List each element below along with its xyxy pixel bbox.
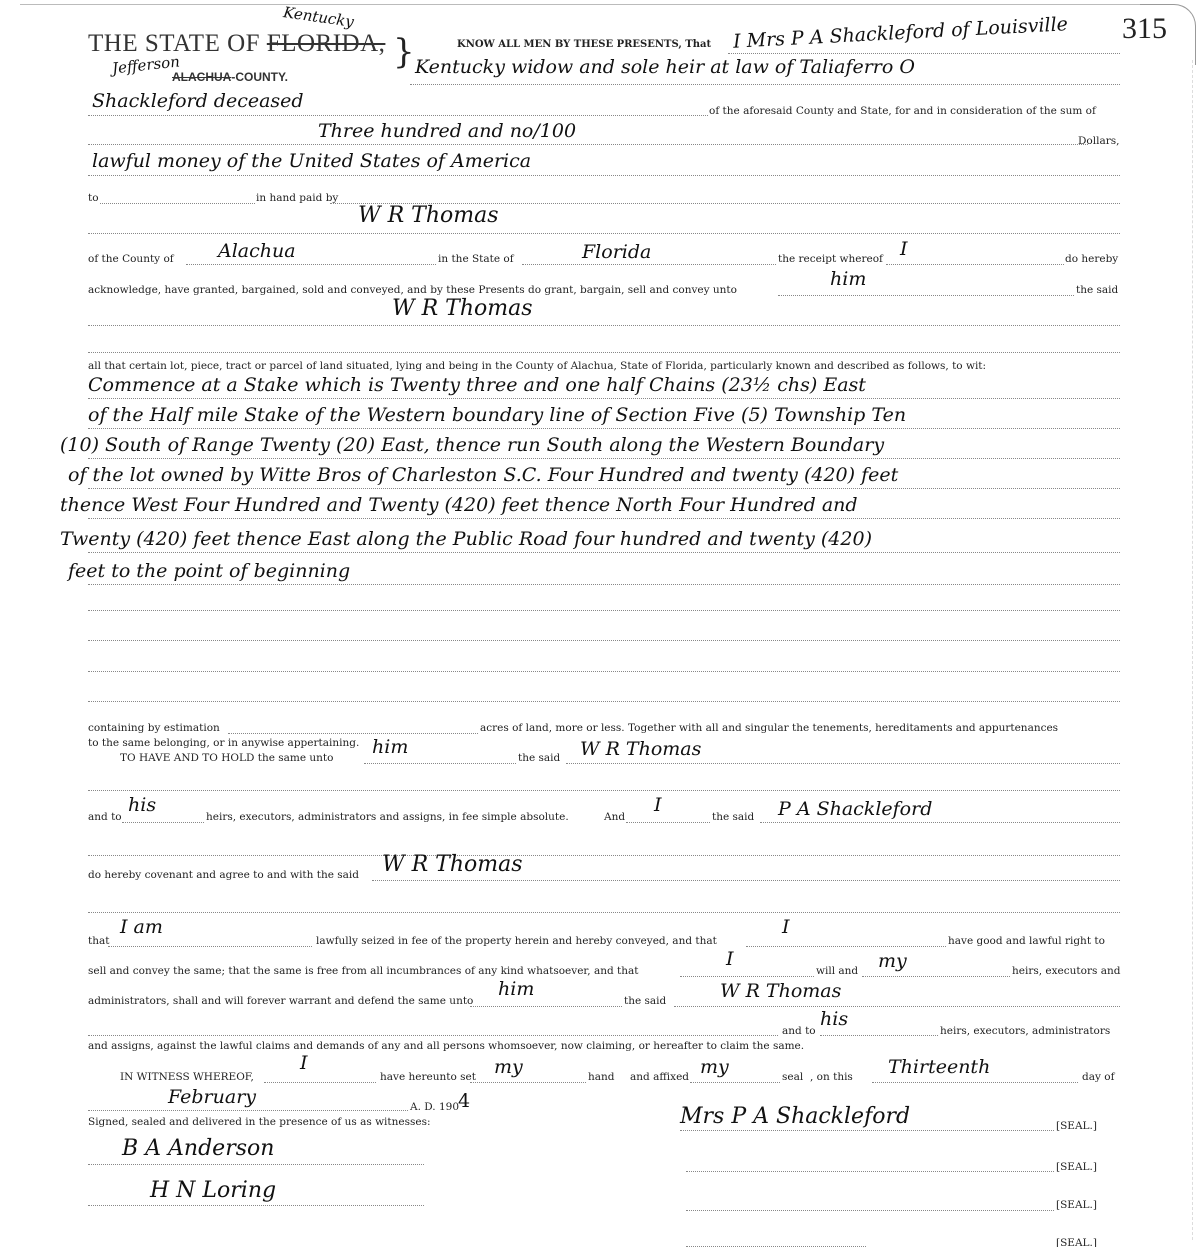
county-printed: ALACHUA (172, 70, 231, 84)
amount-line (88, 144, 1088, 145)
and-line (626, 822, 710, 823)
containing-text: containing by estimation (88, 723, 220, 734)
covenant-text: do hereby covenant and agree to and with… (88, 870, 359, 881)
blank-line-2 (88, 790, 1120, 791)
heirs-exec-text: heirs, executors and (1012, 966, 1120, 977)
on-this-text: , on this (810, 1072, 853, 1083)
assigns-text: and assigns, against the lawful claims a… (88, 1041, 804, 1052)
witness-line-2 (88, 1205, 424, 1206)
right-edge (1192, 60, 1193, 1240)
iw-hw: I (300, 1054, 308, 1073)
desc-line-6 (88, 552, 1120, 553)
admin-line (470, 1006, 622, 1007)
desc-hw-6: Twenty (420) feet thence East along the … (60, 530, 872, 549)
deed-page: 315 THE STATE OF FLORIDA, Kentucky ALACH… (0, 0, 1200, 1247)
desc-line-3 (88, 458, 1120, 459)
desc-line-7 (88, 584, 1120, 585)
said-hw: W R Thomas (580, 740, 701, 759)
his-line (122, 822, 204, 823)
heirs-text: heirs, executors, administrators and ass… (206, 812, 569, 823)
desc-line-8 (88, 610, 1120, 611)
signature-hw: Mrs P A Shackleford (680, 1106, 910, 1128)
in-state-text: in the State of (438, 254, 514, 265)
sell-line (680, 976, 814, 977)
grantor-said-hw: P A Shackleford (778, 800, 932, 819)
year-hw: 4 (458, 1092, 470, 1111)
iw-line (264, 1082, 376, 1083)
desc-hw-4: of the lot owned by Witte Bros of Charle… (68, 466, 898, 485)
desc-line-5 (88, 518, 1120, 519)
will-and-text: will and (816, 966, 858, 977)
state-title: THE STATE OF FLORIDA, (88, 30, 385, 58)
grantor-hw-3: Shackleford deceased (92, 92, 304, 111)
payer-hw: W R Thomas (358, 205, 499, 227)
affixed-text: and affixed (630, 1072, 689, 1083)
his-hw: his (128, 796, 156, 815)
to-text: to (88, 193, 99, 204)
seal-line (690, 1082, 780, 1083)
desc-line-10 (88, 671, 1120, 672)
receipt-hw: I (900, 240, 908, 259)
to-line (100, 203, 255, 204)
do-hereby-text: do hereby (1065, 254, 1118, 265)
acres-text: acres of land, more or less. Together wi… (480, 723, 1058, 734)
desc-hw-2: of the Half mile Stake of the Western bo… (88, 406, 906, 425)
seized-hw: I (782, 918, 790, 937)
seized-line (746, 946, 946, 947)
state-printed: FLORIDA, (267, 30, 386, 57)
the-said-text: the said (1076, 285, 1118, 296)
state-hw: Florida (582, 243, 651, 262)
witness-hw-1: B A Anderson (122, 1138, 274, 1160)
blank-line-4 (88, 912, 1120, 913)
money-hw: lawful money of the United States of Ame… (92, 152, 531, 171)
desc-hw-7: feet to the point of beginning (68, 562, 350, 581)
county-line (186, 264, 436, 265)
acres-line (228, 733, 478, 734)
hand-text: hand (588, 1072, 615, 1083)
blank-line (88, 352, 1120, 353)
signed-text: Signed, sealed and delivered in the pres… (88, 1117, 431, 1128)
the-said-text-4: the said (624, 996, 666, 1007)
know-all-text: KNOW ALL MEN BY THESE PRESENTS, That (457, 40, 711, 50)
grantor-line-3 (88, 115, 708, 116)
seized-text: lawfully seized in fee of the property h… (316, 936, 717, 947)
month-hw: February (168, 1088, 256, 1107)
desc-hw-1: Commence at a Stake which is Twenty thre… (88, 376, 866, 395)
that-line (108, 946, 312, 947)
warranty-said-line (674, 1006, 1120, 1007)
covenant-hw: W R Thomas (382, 854, 523, 876)
that-text: that (88, 936, 109, 947)
grantor-hw-2: Kentucky widow and sole heir at law of T… (415, 58, 915, 77)
state-handwritten: Kentucky (282, 5, 354, 30)
grantee-line (88, 325, 1120, 326)
seal-label-3: [SEAL.] (1056, 1200, 1097, 1211)
good-right-text: have good and lawful right to (948, 936, 1105, 947)
to-have-hw: him (372, 738, 408, 757)
day-line (872, 1082, 1078, 1083)
money-line (88, 175, 1120, 176)
page-number: 315 (1122, 12, 1167, 46)
unto-line (778, 295, 1074, 296)
hand-line (470, 1082, 586, 1083)
receipt-line (886, 264, 1064, 265)
desc-line-1 (88, 398, 1120, 399)
blank-line-5 (88, 1035, 778, 1036)
state-line (522, 264, 776, 265)
acknowledge-text: acknowledge, have granted, bargained, so… (88, 285, 737, 296)
desc-hw-5: thence West Four Hundred and Twenty (420… (60, 496, 858, 515)
to-have-line (364, 763, 516, 764)
desc-line-4 (88, 488, 1120, 489)
county-handwritten: Jefferson (111, 54, 180, 76)
will-hw: my (878, 952, 907, 971)
amount-hw: Three hundred and no/100 (318, 122, 576, 141)
payer-line (88, 233, 1120, 234)
witness-line-1 (88, 1164, 424, 1165)
and-to-text-2: and to (782, 1026, 816, 1037)
description-intro: all that certain lot, piece, tract or pa… (88, 361, 986, 372)
grantor-line-1 (728, 53, 1120, 54)
grantor-said-line (760, 822, 1120, 823)
seal-hw: my (700, 1058, 729, 1077)
unto-hw: him (830, 270, 866, 289)
seal-text: seal (782, 1072, 803, 1083)
grantor-hw-1: I Mrs P A Shackleford of Louisville (733, 15, 1069, 52)
seal-label-1: [SEAL.] (1056, 1121, 1097, 1132)
the-said-text-3: the said (712, 812, 754, 823)
of-county-text: of the County of (88, 254, 174, 265)
heirs-admin-text: heirs, executors, administrators (940, 1026, 1110, 1037)
the-said-text-2: the said (518, 753, 560, 764)
desc-line-9 (88, 640, 1120, 641)
top-border (20, 4, 1170, 5)
county-hw: Alachua (218, 242, 296, 261)
hand-hw: my (494, 1058, 523, 1077)
blank-line-3 (88, 855, 1120, 856)
aforesaid-text: of the aforesaid County and State, for a… (709, 106, 1096, 117)
will-line (862, 976, 1010, 977)
that-hw: I am (120, 918, 163, 937)
said-line (566, 763, 1120, 764)
warranty-said-hw: W R Thomas (720, 982, 841, 1001)
administrators-text: administrators, shall and will forever w… (88, 996, 473, 1007)
receipt-text: the receipt whereof (778, 254, 883, 265)
brace-icon: } (393, 32, 415, 72)
county-suffix: COUNTY. (235, 70, 288, 84)
admin-hw: him (498, 980, 534, 999)
day-hw: Thirteenth (888, 1058, 990, 1077)
to-have-text: TO HAVE AND TO HOLD the same unto (120, 753, 333, 764)
grantee-hw: W R Thomas (392, 298, 533, 320)
desc-hw-3: (10) South of Range Twenty (20) East, th… (60, 436, 884, 455)
month-line (88, 1110, 408, 1111)
sell-hw: I (726, 950, 734, 969)
desc-line-2 (88, 428, 1120, 429)
sell-text: sell and convey the same; that the same … (88, 966, 639, 977)
witness-hw-2: H N Loring (150, 1180, 276, 1202)
and-text: And (604, 812, 625, 823)
signature-line-3 (686, 1210, 1054, 1211)
signature-line-2 (686, 1171, 1054, 1172)
covenant-line (372, 880, 1120, 881)
day-of-text: day of (1082, 1072, 1114, 1083)
county-title: ALACHUA-COUNTY. (172, 70, 288, 84)
desc-line-11 (88, 701, 1120, 702)
grantor-line-2 (410, 84, 1120, 85)
his-hw-2: his (820, 1010, 848, 1029)
belonging-text: to the same belonging, or in anywise app… (88, 738, 359, 749)
signature-line (680, 1130, 1054, 1131)
seal-label-4: [SEAL.] (1056, 1238, 1097, 1247)
and-hw: I (654, 796, 662, 815)
seal-label-2: [SEAL.] (1056, 1162, 1097, 1173)
his-line-2 (820, 1035, 938, 1036)
in-witness-text: IN WITNESS WHEREOF, (120, 1072, 254, 1083)
hereunto-text: have hereunto set (380, 1072, 476, 1083)
dollars-text: Dollars, (1078, 136, 1119, 147)
and-to-text: and to (88, 812, 122, 823)
paid-by-text: in hand paid by (256, 193, 338, 204)
ad-text: A. D. 190 (410, 1102, 459, 1113)
